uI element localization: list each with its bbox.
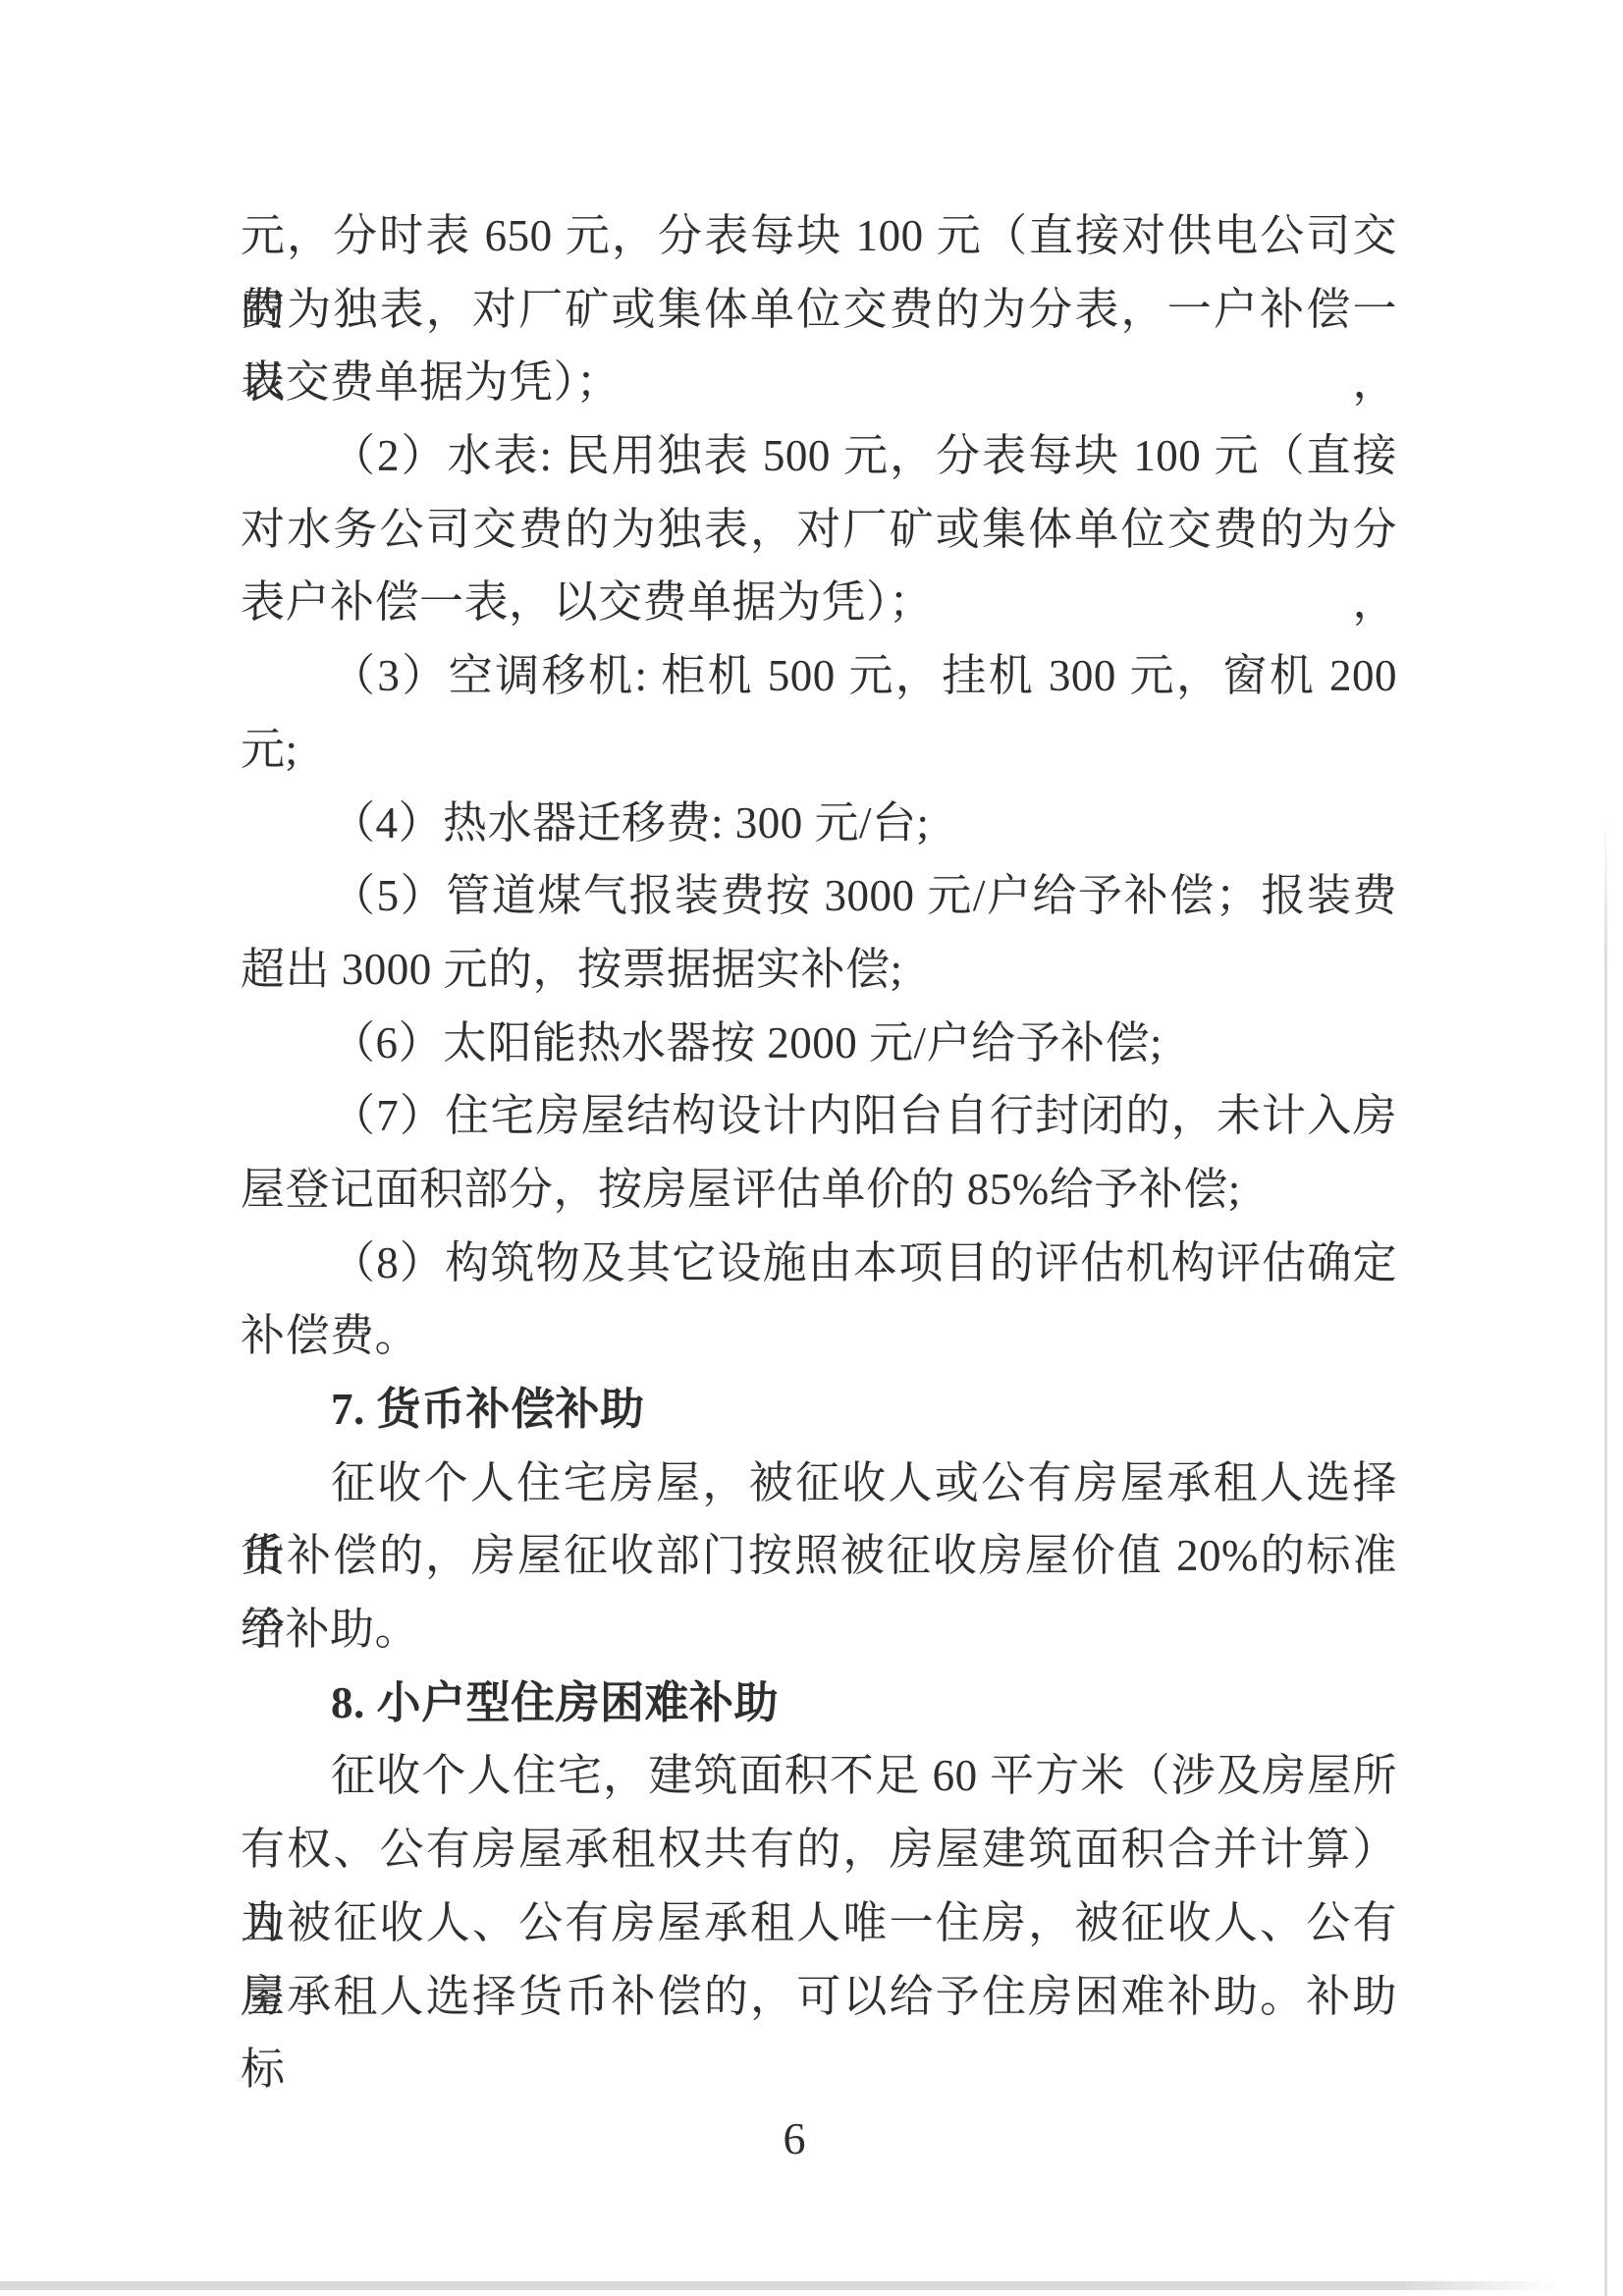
section-heading: 7. 货币补偿补助 [241, 1373, 1397, 1447]
text-line: （6）太阳能热水器按 2000 元/户给予补偿; [241, 1007, 1397, 1080]
text-line: 屋登记面积部分，按房屋评估单价的 85%给予补偿; [241, 1153, 1397, 1227]
text-line: （4）热水器迁移费: 300 元/台; [241, 787, 1397, 860]
document-page: 元，分时表 650 元，分表每块 100 元（直接对供电公司交费的为独表，对厂矿… [0, 0, 1623, 2296]
scan-edge-right [1604, 815, 1607, 2296]
text-line: （3）空调移机: 柜机 500 元，挂机 300 元，窗机 200 [241, 639, 1397, 713]
text-line: 补偿费。 [241, 1299, 1397, 1373]
text-line: 元，分时表 650 元，分表每块 100 元（直接对供电公司交费 [241, 199, 1397, 273]
text-line: 予补助。 [241, 1593, 1397, 1667]
text-line: 对水务公司交费的为独表，对厂矿或集体单位交费的为分表， [241, 493, 1397, 567]
text-line: 有权、公有房屋承租权共有的，房屋建筑面积合并计算）且 [241, 1813, 1397, 1886]
section-heading: 8. 小户型住房困难补助 [241, 1667, 1397, 1740]
text-line: 屋承租人选择货币补偿的，可以给予住房困难补助。补助标 [241, 1960, 1397, 2034]
document-body: 元，分时表 650 元，分表每块 100 元（直接对供电公司交费的为独表，对厂矿… [241, 199, 1397, 2033]
text-line: 的为独表，对厂矿或集体单位交费的为分表，一户补偿一表， [241, 273, 1397, 347]
page-number: 6 [0, 2111, 1589, 2166]
text-line: （8）构筑物及其它设施由本项目的评估机构评估确定 [241, 1227, 1397, 1300]
text-line: （5）管道煤气报装费按 3000 元/户给予补偿；报装费 [241, 859, 1397, 933]
text-line: 超出 3000 元的，按票据据实补偿; [241, 933, 1397, 1007]
text-line: 征收个人住宅，建筑面积不足 60 平方米（涉及房屋所 [241, 1739, 1397, 1813]
text-line: （7）住宅房屋结构设计内阳台自行封闭的，未计入房 [241, 1079, 1397, 1153]
text-line: 币补偿的，房屋征收部门按照被征收房屋价值 20%的标准给 [241, 1519, 1397, 1593]
text-line: （2）水表: 民用独表 500 元，分表每块 100 元（直接 [241, 419, 1397, 493]
text-line: 为被征收人、公有房屋承租人唯一住房，被征收人、公有房 [241, 1886, 1397, 1960]
text-line: 征收个人住宅房屋，被征收人或公有房屋承租人选择货 [241, 1447, 1397, 1520]
text-line: 元; [241, 713, 1397, 787]
scan-edge-bottom [0, 2281, 1557, 2290]
